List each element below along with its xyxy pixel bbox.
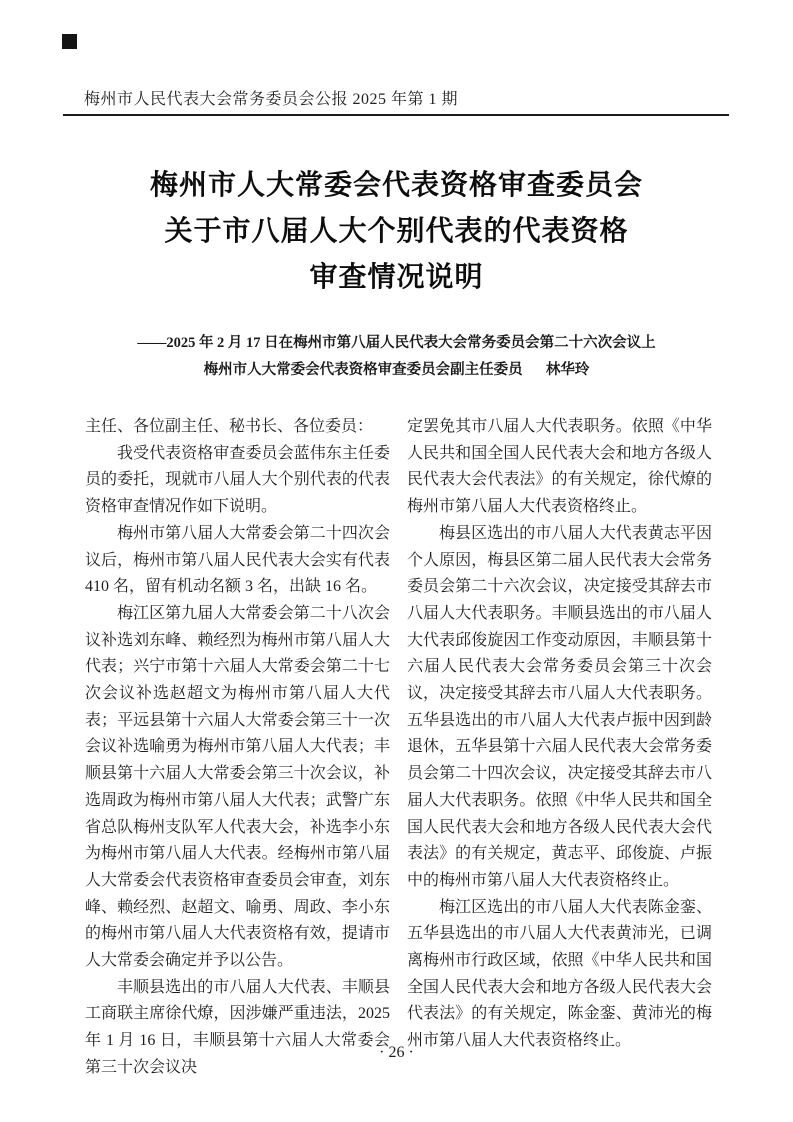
subtitle-speaker: 梅州市人大常委会代表资格审查委员会副主任委员林华玲	[0, 357, 793, 384]
body-paragraph: 梅县区选出的市八届人大代表黄志平因个人原因，梅县区第二届人民代表大会常务委员会第…	[407, 521, 712, 895]
speaker-name: 林华玲	[546, 362, 590, 378]
body-paragraph: 梅江区选出的市八届人大代表陈金銮、五华县选出的市八届人大代表黄沛光，已调离梅州市…	[407, 895, 712, 1055]
scan-corner-mark	[62, 34, 77, 49]
body-paragraph: 丰顺县选出的市八届人大代表、丰顺县工商联主席徐代燎，因涉嫌严重违法，2025 年…	[85, 975, 390, 1082]
body-paragraph: 梅江区第九届人大常委会第二十八次会议补选刘东峰、赖经烈为梅州市第八届人大代表；兴…	[85, 601, 390, 975]
body-paragraph: 梅州市第八届人大常委会第二十四次会议后，梅州市第八届人民代表大会实有代表 410…	[85, 521, 390, 601]
document-title-line: 梅州市人大常委会代表资格审查委员会	[0, 163, 793, 209]
body-paragraph: 主任、各位副主任、秘书长、各位委员：	[85, 414, 390, 441]
document-title: 梅州市人大常委会代表资格审查委员会关于市八届人大个别代表的代表资格审查情况说明	[0, 163, 793, 301]
body-column-left: 主任、各位副主任、秘书长、各位委员：我受代表资格审查委员会蓝伟东主任委员的委托，…	[85, 414, 390, 1082]
gazette-page: { "colors": { "background": "#ffffff", "…	[0, 0, 793, 1122]
masthead-text: 梅州市人民代表大会常务委员会公报 2025 年第 1 期	[84, 91, 458, 108]
body-column-right: 定罢免其市八届人大代表职务。依照《中华人民共和国全国人民代表大会和地方各级人民代…	[407, 414, 712, 1082]
page-number: · 26 ·	[0, 1044, 793, 1062]
subtitle-occasion: ——2025 年 2 月 17 日在梅州市第八届人民代表大会常务委员会第二十六次…	[0, 330, 793, 357]
body-paragraph: 定罢免其市八届人大代表职务。依照《中华人民共和国全国人民代表大会和地方各级人民代…	[407, 414, 712, 521]
document-subtitle: ——2025 年 2 月 17 日在梅州市第八届人民代表大会常务委员会第二十六次…	[0, 330, 793, 384]
body-paragraph: 我受代表资格审查委员会蓝伟东主任委员的委托，现就市八届人大个别代表的代表资格审查…	[85, 441, 390, 521]
speaker-title: 梅州市人大常委会代表资格审查委员会副主任委员	[204, 362, 523, 378]
document-title-line: 审查情况说明	[0, 255, 793, 301]
document-title-line: 关于市八届人大个别代表的代表资格	[0, 209, 793, 255]
masthead: 梅州市人民代表大会常务委员会公报 2025 年第 1 期	[63, 91, 729, 116]
body-text: 主任、各位副主任、秘书长、各位委员：我受代表资格审查委员会蓝伟东主任委员的委托，…	[85, 414, 712, 1082]
